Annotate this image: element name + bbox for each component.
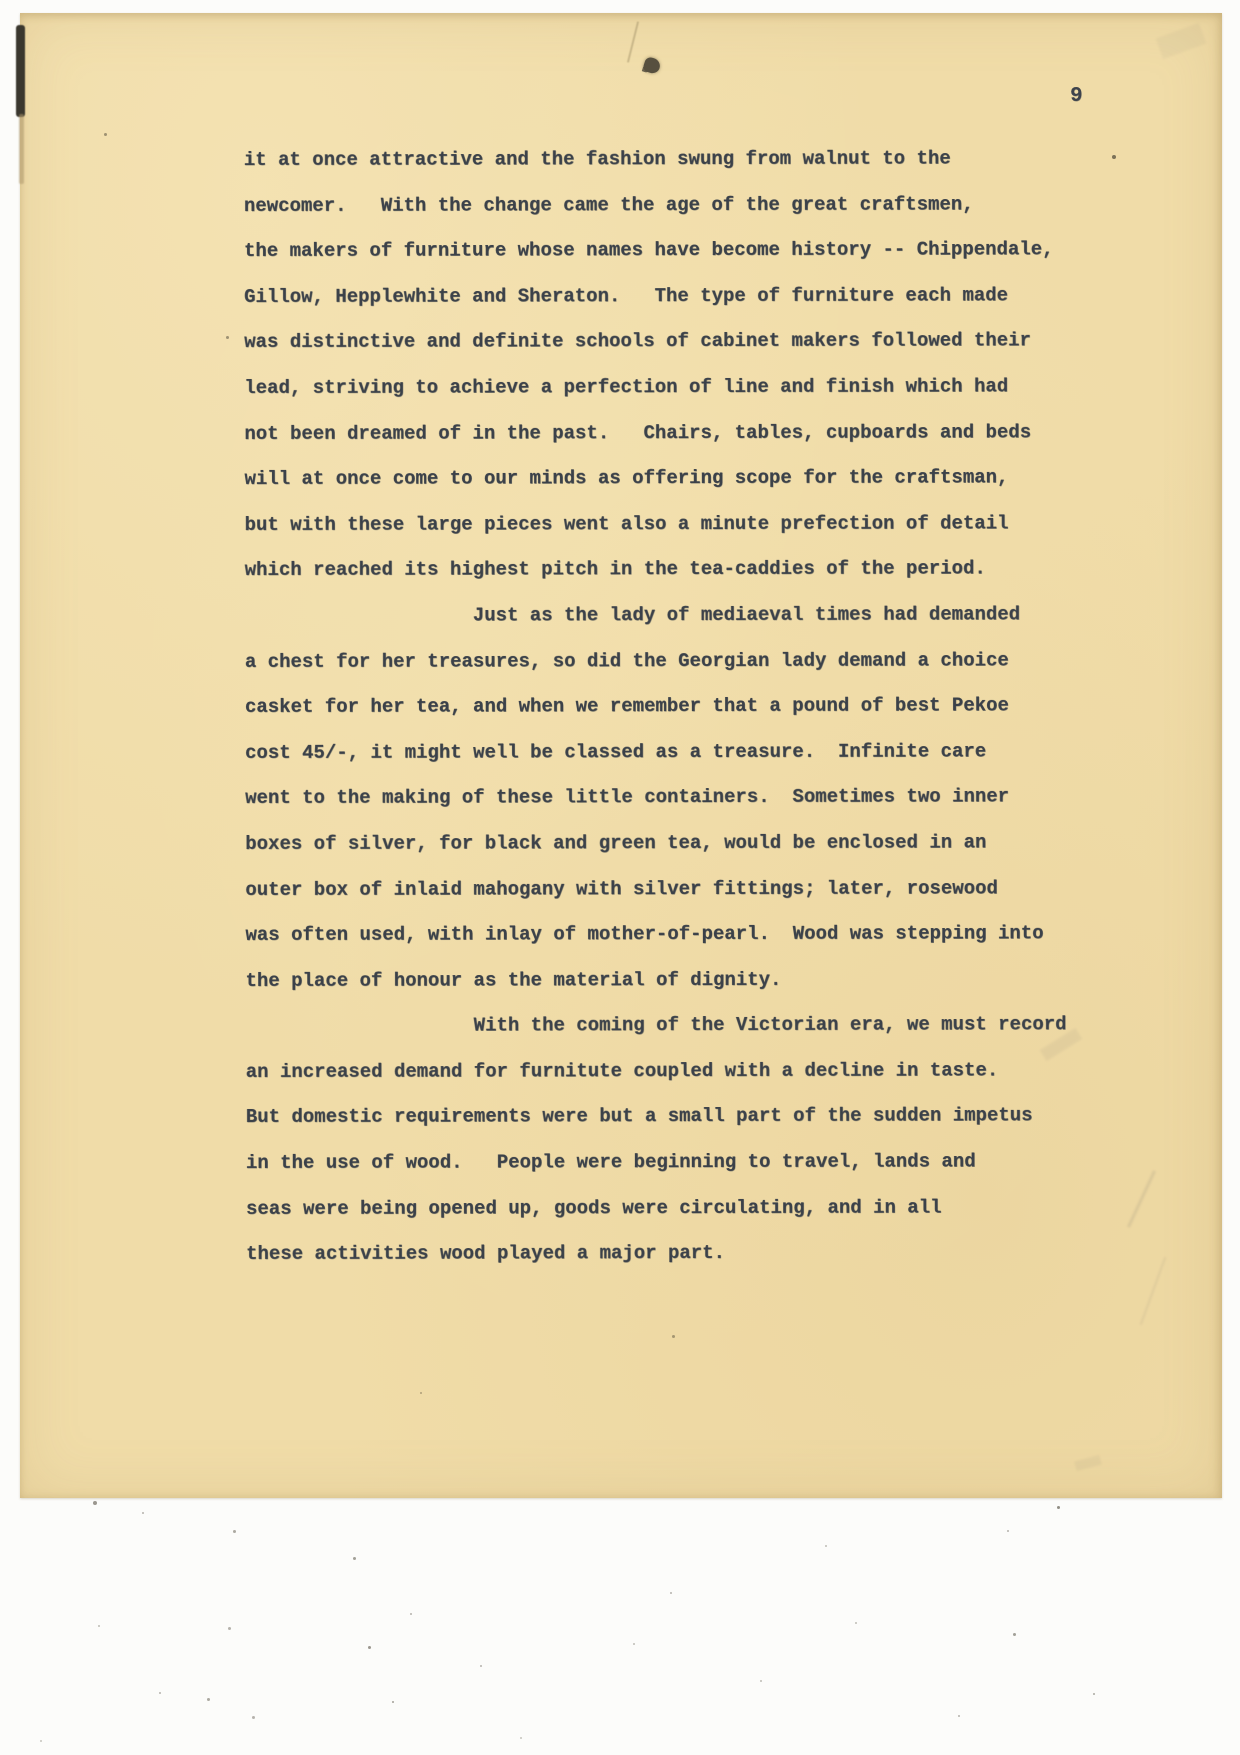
ink-speck bbox=[93, 1501, 97, 1505]
ink-speck bbox=[142, 1512, 144, 1514]
text-line: it at once attractive and the fashion sw… bbox=[244, 136, 1184, 184]
ink-speck bbox=[520, 1737, 522, 1739]
text-line: lead, striving to achieve a perfection o… bbox=[244, 364, 1184, 412]
document-page: 9 it at once attractive and the fashion … bbox=[20, 13, 1222, 1498]
text-line: newcomer. With the change came the age o… bbox=[244, 182, 1184, 230]
ink-speck bbox=[825, 1545, 827, 1547]
ink-speck bbox=[353, 1557, 356, 1560]
text-line: will at once come to our minds as offeri… bbox=[244, 455, 1184, 503]
ink-blot bbox=[642, 56, 662, 75]
ink-speck bbox=[1112, 155, 1116, 159]
ink-speck bbox=[410, 1613, 412, 1615]
ink-speck bbox=[233, 1530, 236, 1533]
ink-speck bbox=[1013, 1633, 1016, 1636]
text-line: not been dreamed of in the past. Chairs,… bbox=[244, 410, 1184, 458]
ink-speck bbox=[1007, 1530, 1009, 1532]
ink-speck bbox=[368, 1646, 371, 1649]
ink-speck bbox=[104, 133, 107, 136]
paper-edge-shadow bbox=[16, 25, 25, 117]
page-number: 9 bbox=[1070, 85, 1083, 108]
ink-speck bbox=[672, 1335, 675, 1338]
scratch-mark bbox=[627, 21, 639, 62]
text-line: these activities wood played a major par… bbox=[246, 1230, 1186, 1278]
text-line: but with these large pieces went also a … bbox=[245, 501, 1185, 549]
text-line: was distinctive and definite schools of … bbox=[244, 318, 1184, 366]
text-line: With the coming of the Victorian era, we… bbox=[246, 1002, 1186, 1050]
ink-speck bbox=[670, 1592, 672, 1594]
ink-speck bbox=[40, 1740, 42, 1742]
ink-speck bbox=[1057, 1506, 1060, 1509]
text-line: the place of honour as the material of d… bbox=[246, 957, 1186, 1005]
text-line: the makers of furniture whose names have… bbox=[244, 227, 1184, 275]
ink-speck bbox=[392, 1701, 394, 1703]
text-line: cost 45/-, it might well be classed as a… bbox=[245, 729, 1185, 777]
text-line: boxes of silver, for black and green tea… bbox=[245, 820, 1185, 868]
text-line: went to the making of these little conta… bbox=[245, 774, 1185, 822]
ink-speck bbox=[480, 1665, 482, 1667]
ink-speck bbox=[207, 1698, 210, 1701]
text-line: was often used, with inlay of mother-of-… bbox=[245, 911, 1185, 959]
ink-speck bbox=[252, 1716, 255, 1719]
text-line: which reached its highest pitch in the t… bbox=[245, 546, 1185, 594]
ink-speck bbox=[228, 1627, 231, 1630]
ink-speck bbox=[760, 1680, 762, 1682]
ink-speck bbox=[98, 1625, 100, 1627]
ink-speck bbox=[420, 1392, 422, 1394]
text-line: Gillow, Hepplewhite and Sheraton. The ty… bbox=[244, 273, 1184, 321]
text-line: a chest for her treasures, so did the Ge… bbox=[245, 638, 1185, 686]
text-line: in the use of wood. People were beginnin… bbox=[246, 1139, 1186, 1187]
text-line: Just as the lady of mediaeval times had … bbox=[245, 592, 1185, 640]
ink-speck bbox=[633, 1643, 635, 1645]
ink-speck bbox=[226, 336, 229, 339]
text-line: seas were being opened up, goods were ci… bbox=[246, 1185, 1186, 1233]
paper-edge-shadow-tail bbox=[19, 114, 24, 184]
ink-speck bbox=[159, 1692, 161, 1694]
text-line: But domestic requirements were but a sma… bbox=[246, 1093, 1186, 1141]
text-line: outer box of inlaid mahogany with silver… bbox=[245, 866, 1185, 914]
text-line: casket for her tea, and when we remember… bbox=[245, 683, 1185, 731]
ink-speck bbox=[958, 1715, 960, 1717]
ink-speck bbox=[1093, 1693, 1095, 1695]
ink-speck bbox=[855, 1622, 857, 1624]
typed-text: it at once attractive and the fashion sw… bbox=[244, 136, 1186, 1278]
